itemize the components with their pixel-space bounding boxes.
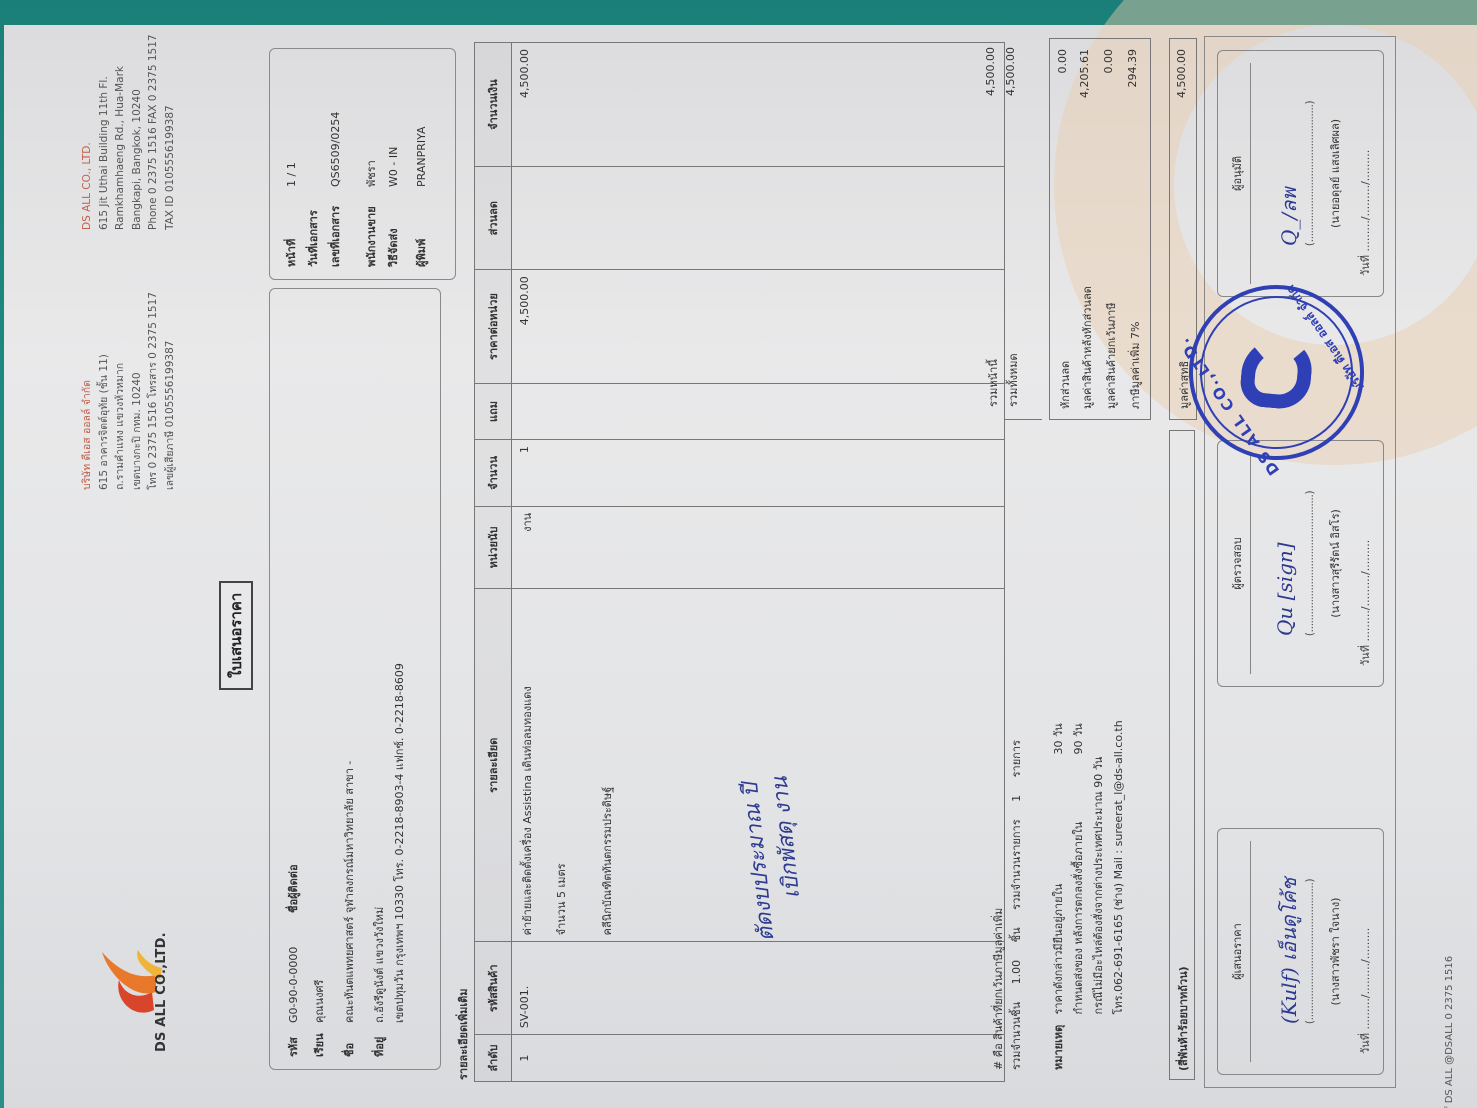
- signature-approver: ผู้อนุมัติ Q_/ลพ (......................…: [1217, 50, 1384, 297]
- col-code: รหัสสินค้า: [475, 942, 512, 1035]
- remarks: หมายเหตุ ราคาดังกล่าวมียืนอยู่ภายใน30 วั…: [1049, 720, 1129, 1070]
- document-info-box: หน้าที่1 / 1 วันที่เอกสาร เลขที่เอกสารQS…: [269, 48, 456, 280]
- col-unit-price: ราคาต่อหน่วย: [475, 270, 512, 384]
- page-totals: รวมหน้านี้4,500.00 รวมทั้งหมด4,500.00: [1004, 39, 1042, 420]
- col-discount: ส่วนลด: [475, 167, 512, 270]
- quantity-summary: รวมจำนวนชิ้น 1.00 ชิ้น รวมจำนวนรายการ 1 …: [1007, 726, 1025, 1070]
- customer-name-row: ชื่อคณะทันตแพทยศาสตร์ จุฬาลงกรณ์มหาวิทยา…: [340, 761, 358, 1057]
- doc-info-salesperson: พนักงานขายพัชรา: [362, 160, 380, 267]
- col-amount: จำนวนเงิน: [475, 43, 512, 167]
- items-table: ลำดับ รหัสสินค้า รายละเอียด หน่วยนับ จำน…: [474, 42, 1005, 1082]
- col-no: ลำดับ: [475, 1035, 512, 1082]
- signature-quoter: ผู้เสนอราคา (Kulf) เอ็นดูโค้ช (.........…: [1217, 828, 1384, 1075]
- doc-info-number: เลขที่เอกสารQS6509/0254: [326, 112, 344, 267]
- company-logo-name: DS ALL CO.,LTD.: [154, 932, 169, 1052]
- table-header-row: ลำดับ รหัสสินค้า รายละเอียด หน่วยนับ จำน…: [475, 43, 512, 1082]
- customer-info-box: รหัสG0-90-0-0000ชื่อผู้ติดต่อ เรียนคุณนง…: [269, 288, 441, 1070]
- col-qty: จำนวน: [475, 440, 512, 507]
- amount-in-words: (สี่พันห้าร้อยบาทถ้วน): [1169, 430, 1195, 1080]
- col-free: แถม: [475, 383, 512, 439]
- doc-info-page: หน้าที่1 / 1: [282, 162, 300, 267]
- photographed-document: DS ALL CO.,LTD. บริษัท ดีเอส ออลล์ จำกัด…: [0, 0, 1477, 1108]
- document-title: ใบเสนอราคา: [219, 581, 253, 690]
- customer-address-row-2: เขตปทุมวัน กรุงเทพฯ 10330 โทร. 0-2218-89…: [390, 663, 408, 1023]
- company-address-english: DS ALL CO., LTD. 615 Jit Uthai Building …: [79, 34, 178, 230]
- col-desc: รายละเอียด: [475, 589, 512, 942]
- col-unit: หน่วยนับ: [475, 506, 512, 588]
- footer-social: f DS ALL @DSALL 0 2375 1516: [1444, 956, 1455, 1108]
- doc-info-delivery: วิธีจัดส่งW0 - IN: [384, 147, 402, 267]
- totals-box: หักส่วนลด0.00 มูลค่าสินค้าหลังหักส่วนลด4…: [1049, 38, 1151, 420]
- doc-info-printer: ผู้พิมพ์PRANPRIYA: [412, 127, 430, 268]
- stamp-logo-icon: [1238, 335, 1314, 411]
- company-address-thai: บริษัท ดีเอส ออลล์ จำกัด 615 อาคารจิตต์อ…: [79, 292, 178, 490]
- customer-address-row: ที่อยู่ถ.อังรีดูนังต์ แขวงวังใหม่: [370, 907, 388, 1057]
- vat-exempt-note: # คือ สินค้าที่ยกเว้นภาษีมูลค่าเพิ่ม: [989, 908, 1007, 1070]
- customer-attn-row: เรียนคุณนงศรี: [310, 980, 328, 1057]
- signature-area: ผู้เสนอราคา (Kulf) เอ็นดูโค้ช (.........…: [1204, 36, 1396, 1088]
- signature-checker: ผู้ตรวจสอบ Qu [sign] (..................…: [1217, 440, 1384, 687]
- customer-code-row: รหัสG0-90-0-0000ชื่อผู้ติดต่อ: [284, 864, 302, 1057]
- doc-info-date: วันที่เอกสาร: [304, 187, 322, 267]
- quotation-page: DS ALL CO.,LTD. บริษัท ดีเอส ออลล์ จำกัด…: [4, 25, 1477, 1108]
- extra-details-label: รายละเอียดเพิ่มเติม: [454, 988, 472, 1080]
